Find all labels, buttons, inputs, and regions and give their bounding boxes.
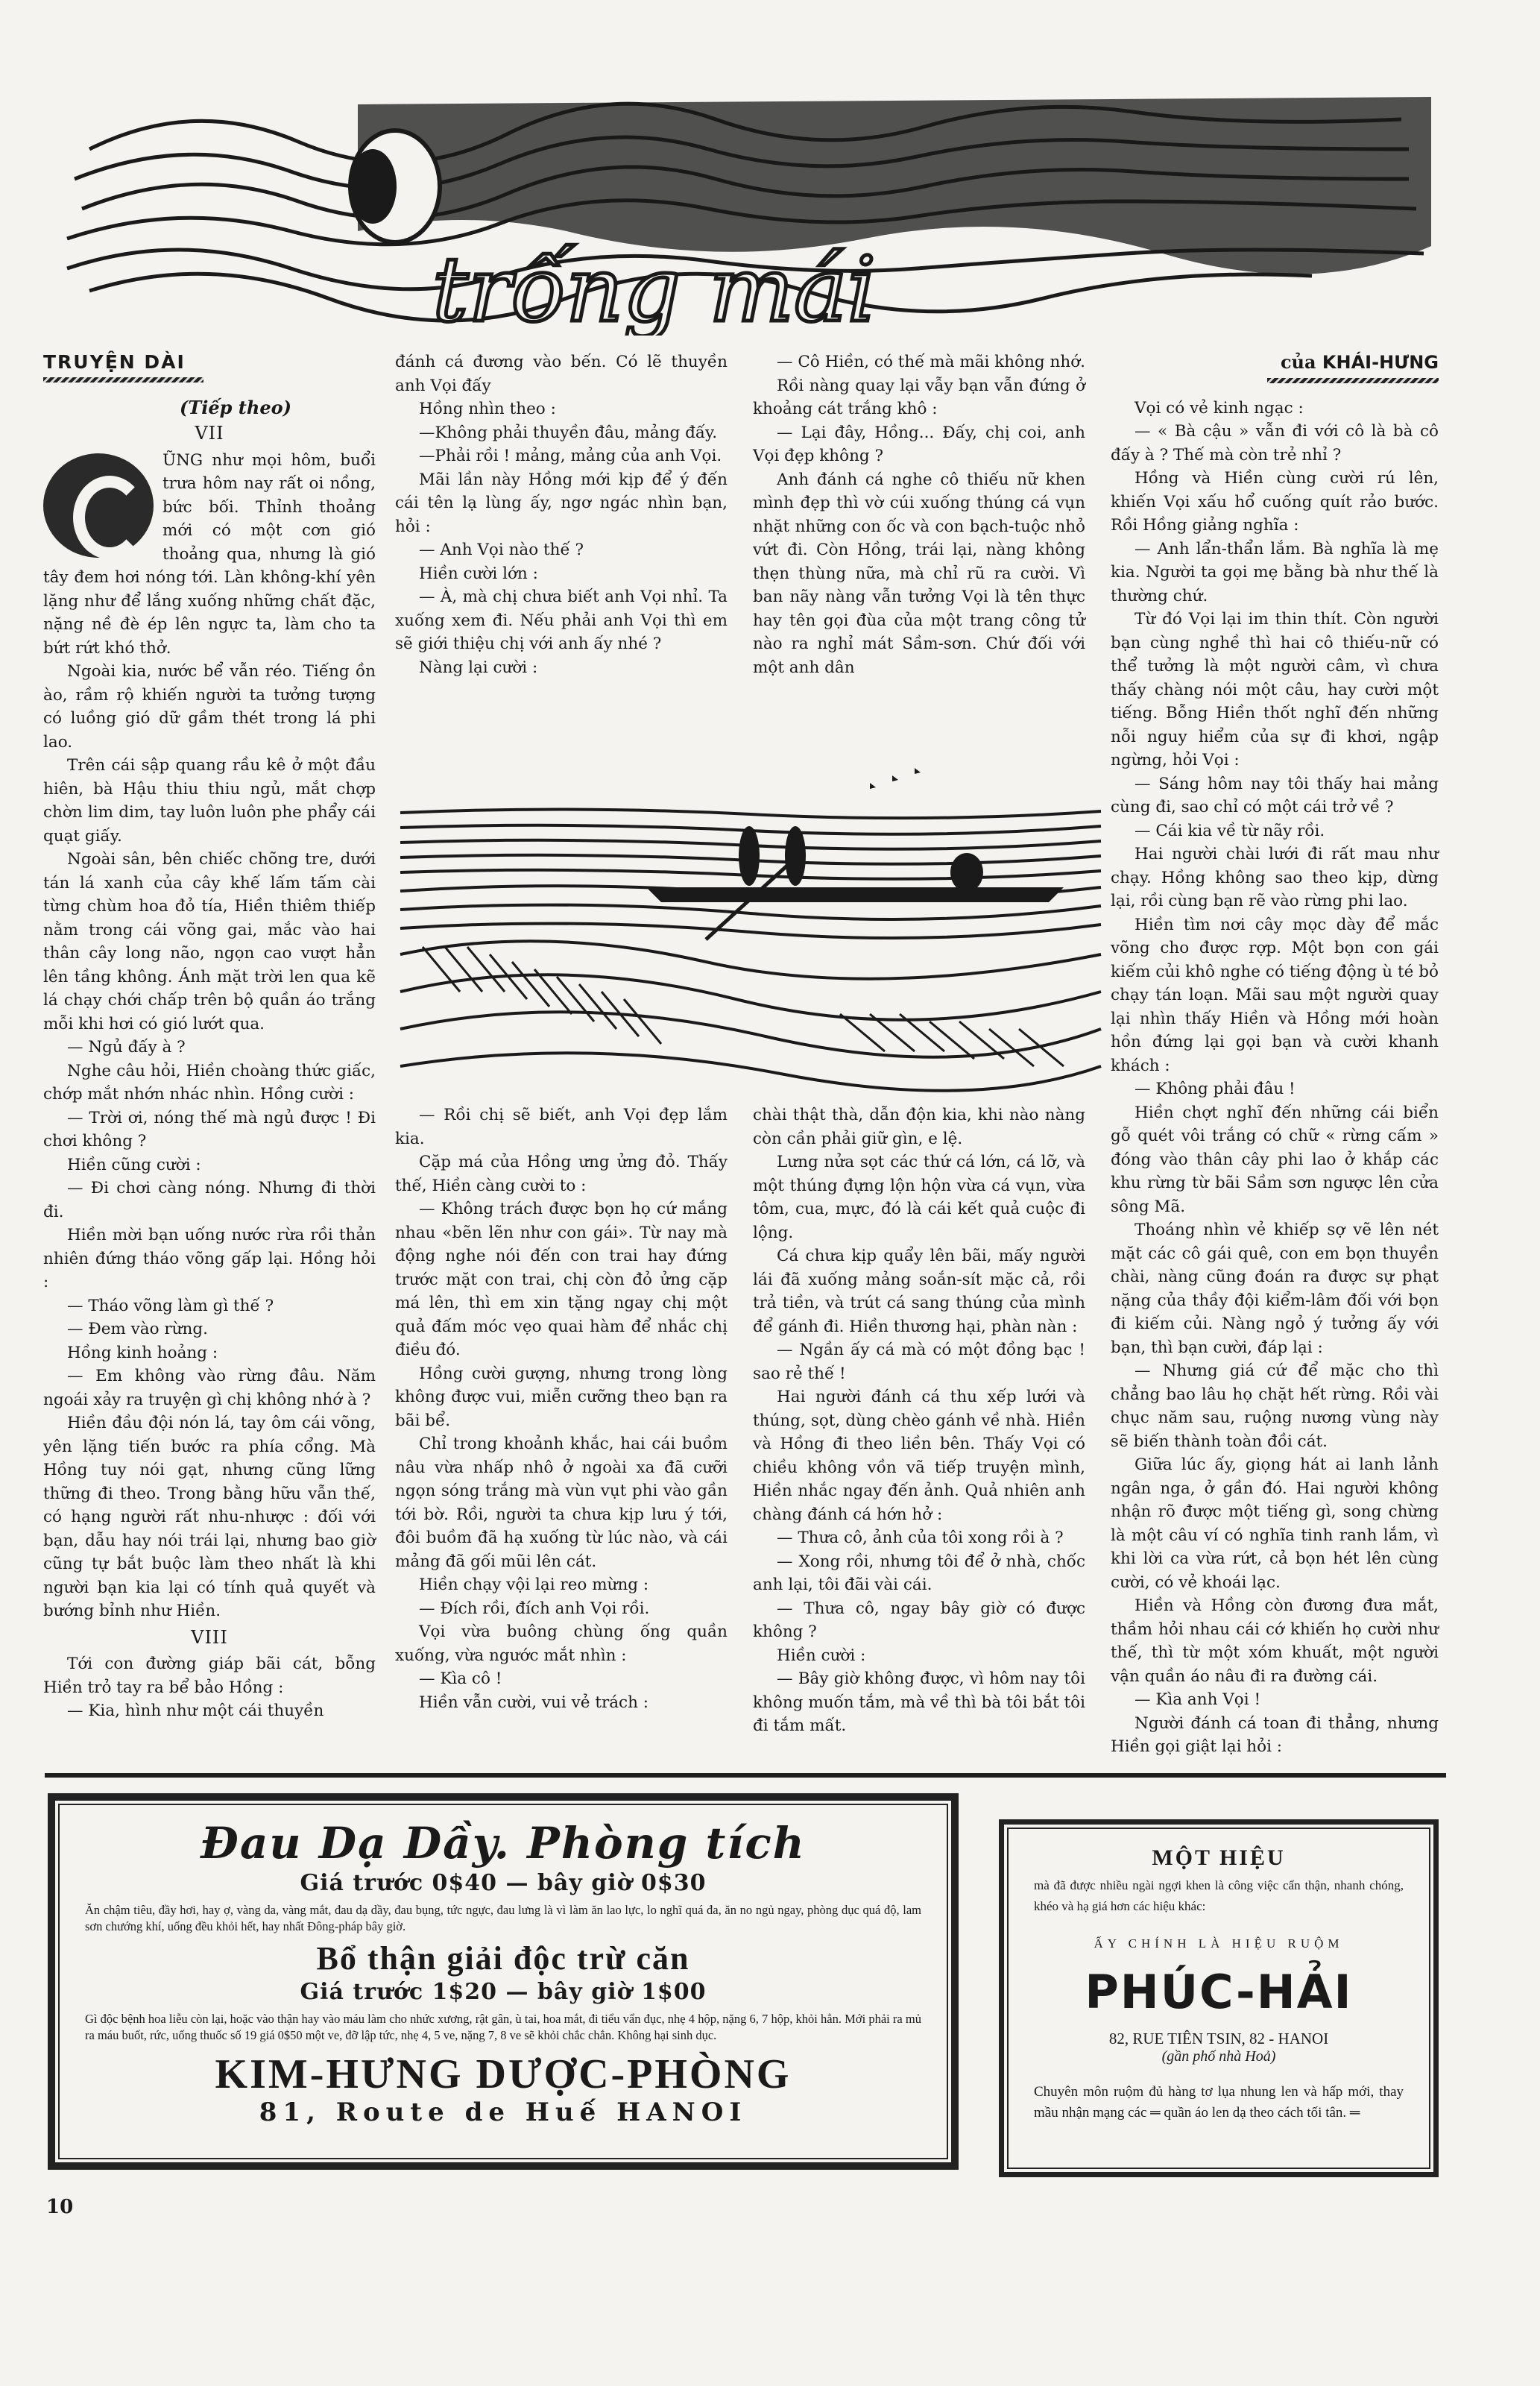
paragraph: Hồng và Hiền cùng cười rú lên, khiến Vọi… xyxy=(1111,467,1439,538)
paragraph: — Kia, hình như một cái thuyền xyxy=(43,1699,376,1723)
ad-brand: KIM-HƯNG DƯỢC-PHÒNG xyxy=(85,2051,921,2097)
paragraph: Tới con đường giáp bãi cát, bỗng Hiền tr… xyxy=(43,1652,376,1699)
paragraph: Vọi vừa buông chùng ống quần xuống, vừa … xyxy=(395,1620,728,1667)
paragraph: — Thưa cô, ảnh của tôi xong rồi à ? xyxy=(753,1526,1085,1550)
paragraph: — Ngần ấy cá mà có một đồng bạc ! sao rẻ… xyxy=(753,1338,1085,1385)
paragraph: — « Bà cậu » vẫn đi với cô là bà cô đấy … xyxy=(1111,420,1439,467)
paragraph: Thoáng nhìn vẻ khiếp sợ vẽ lên nét mặt c… xyxy=(1111,1218,1439,1359)
paragraph: —Không phải thuyền đâu, mảng đấy. xyxy=(395,421,728,445)
paragraph: Hiền chạy vội lại reo mừng : xyxy=(395,1573,728,1597)
dropcap-c-icon xyxy=(43,453,154,558)
ad-brand: PHÚC-HẢI xyxy=(1034,1965,1404,2019)
paragraph: — À, mà chị chưa biết anh Vọi nhỉ. Ta xu… xyxy=(395,585,728,656)
paragraph: Hồng kinh hoảng : xyxy=(43,1341,376,1365)
paragraph: Hồng cười gượng, nhưng trong lòng không … xyxy=(395,1362,728,1433)
paragraph: Giữa lúc ấy, giọng hát ai lanh lảnh ngân… xyxy=(1111,1453,1439,1594)
paragraph: — Đích rồi, đích anh Vọi rồi. xyxy=(395,1597,728,1621)
article-column-1: TRUYỆN DÀI (Tiếp theo) VII ŨNG như mọi h… xyxy=(43,350,376,1723)
ad-address: 82, RUE TIÊN TSIN, 82 - HANOI xyxy=(1034,2030,1404,2048)
paragraph: Mãi lần này Hồng mới kịp để ý đến cái tê… xyxy=(395,468,728,539)
paragraph: — Kìa cô ! xyxy=(395,1667,728,1691)
paragraph: — Thưa cô, ngay bây giờ có được không ? xyxy=(753,1597,1085,1644)
paragraph: — Ngủ đấy à ? xyxy=(43,1036,376,1060)
paragraph: Hiền vẫn cười, vui vẻ trách : xyxy=(395,1691,728,1715)
paragraph: đánh cá đương vào bến. Có lẽ thuyền anh … xyxy=(395,350,728,397)
article-column-2-continued: — Rồi chị sẽ biết, anh Vọi đẹp lắm kia. … xyxy=(395,1104,728,1714)
paragraph: —Phải rồi ! mảng, mảng của anh Vọi. xyxy=(395,444,728,468)
paragraph: Hiền cũng cười : xyxy=(43,1153,376,1177)
author-name: KHÁI-HƯNG xyxy=(1322,352,1439,373)
paragraph: Cá chưa kịp quẩy lên bãi, mấy người lái … xyxy=(753,1244,1085,1338)
paragraph: Chỉ trong khoảnh khắc, hai cái buồm nâu … xyxy=(395,1432,728,1573)
paragraph: Hiền cười : xyxy=(753,1644,1085,1668)
paragraph: Hai người đánh cá thu xếp lưới và thúng,… xyxy=(753,1385,1085,1526)
wave-woodcut-icon: trống mái xyxy=(45,52,1446,336)
ad-body: Chuyên môn ruộm đủ hàng tơ lụa nhung len… xyxy=(1034,2082,1404,2124)
paragraph: Ngoài kia, nước bể vẫn réo. Tiếng ồn ào,… xyxy=(43,660,376,754)
paragraph: Trên cái sập quang rầu kê ở một đầu hiên… xyxy=(43,754,376,848)
ad-address: 81, Route de Huế HANOI xyxy=(85,2097,921,2127)
ad-title: Đau Dạ Dầy. Phòng tích xyxy=(85,1817,921,1869)
paragraph: Hiền và Hồng còn đương đưa mắt, thầm hỏi… xyxy=(1111,1594,1439,1688)
svg-text:trống mái: trống mái xyxy=(432,239,876,336)
paragraph: — Sáng hôm nay tôi thấy hai mảng cùng đi… xyxy=(1111,772,1439,819)
rope-divider xyxy=(1267,378,1439,383)
rope-divider xyxy=(43,377,203,383)
paragraph: Hiền mời bạn uống nước rừa rồi thản nhiê… xyxy=(43,1224,376,1294)
horizontal-rule xyxy=(45,1773,1446,1778)
paragraph: — Trời ơi, nóng thế mà ngủ được ! Đi chơ… xyxy=(43,1107,376,1153)
ad-price: Giá trước 0$40 — bây giờ 0$30 xyxy=(85,1869,921,1898)
paragraph: — Em không vào rừng đâu. Năm ngoái xảy r… xyxy=(43,1364,376,1411)
paragraph: — Đi chơi càng nóng. Nhưng đi thời đi. xyxy=(43,1177,376,1224)
paragraph: Lưng nửa sọt các thứ cá lớn, cá lỡ, và m… xyxy=(753,1150,1085,1244)
ad-caps-line: ẤY CHÍNH LÀ HIỆU RUỘM xyxy=(1034,1936,1404,1951)
paragraph: Hiền cười lớn : xyxy=(395,562,728,586)
paragraph: chài thật thà, dẫn độn kia, khi nào nàng… xyxy=(753,1104,1085,1150)
paragraph: Nàng lại cười : xyxy=(395,656,728,680)
paragraph: Hồng nhìn theo : xyxy=(395,397,728,421)
paragraph: — Bây giờ không được, vì hôm nay tôi khô… xyxy=(753,1667,1085,1738)
continued-label: (Tiếp theo) xyxy=(43,396,376,420)
paragraph: — Nhưng giá cứ để mặc cho thì chẳng bao … xyxy=(1111,1359,1439,1453)
title-banner: trống mái xyxy=(45,52,1446,336)
paragraph: Từ đó Vọi lại im thin thít. Còn người bạ… xyxy=(1111,608,1439,772)
paragraph: Hiền chợt nghĩ đến những cái biển gỗ qué… xyxy=(1111,1101,1439,1219)
article-column-4: của KHÁI-HƯNG Vọi có vẻ kinh ngạc : — « … xyxy=(1111,350,1439,1759)
ad-location-note: (gần phố nhà Hoả) xyxy=(1034,2048,1404,2065)
ad-description: Gì độc bệnh hoa liễu còn lại, hoặc vào t… xyxy=(85,2011,921,2044)
author-byline: của KHÁI-HƯNG xyxy=(1111,350,1439,375)
paragraph: — Anh lẩn-thẩn lắm. Bà nghĩa là mẹ kia. … xyxy=(1111,538,1439,608)
boat-waves-icon xyxy=(393,768,1108,1096)
ad-intro: mà đã được nhiều ngài ngợi khen là công … xyxy=(1034,1875,1404,1917)
paragraph: Rồi nàng quay lại vẫy bạn vẫn đứng ở kho… xyxy=(753,374,1085,421)
ad-heading: MỘT HIỆU xyxy=(1034,1845,1404,1871)
dye-shop-advertisement: MỘT HIỆU mà đã được nhiều ngài ngợi khen… xyxy=(999,1819,1439,2177)
paragraph: — Tháo võng làm gì thế ? xyxy=(43,1294,376,1318)
article-column-3-continued: chài thật thà, dẫn độn kia, khi nào nàng… xyxy=(753,1104,1085,1738)
chapter-heading: VIII xyxy=(43,1626,376,1650)
paragraph: Anh đánh cá nghe cô thiếu nữ khen mình đ… xyxy=(753,468,1085,680)
pharmacy-advertisement: Đau Dạ Dầy. Phòng tích Giá trước 0$40 — … xyxy=(48,1793,959,2170)
paragraph: Vọi có vẻ kinh ngạc : xyxy=(1111,397,1439,421)
paragraph: Hiền đầu đội nón lá, tay ôm cái võng, yê… xyxy=(43,1411,376,1623)
paragraph: Hiền tìm nơi cây mọc dày để mắc võng cho… xyxy=(1111,913,1439,1078)
paragraph: Nghe câu hỏi, Hiền choàng thức giấc, chớ… xyxy=(43,1060,376,1107)
paragraph: Người đánh cá toan đi thẳng, nhưng Hiền … xyxy=(1111,1712,1439,1759)
paragraph: — Cái kia về từ nãy rồi. xyxy=(1111,819,1439,843)
author-prefix: của xyxy=(1281,351,1316,373)
paragraph: — Xong rồi, nhưng tôi để ở nhà, chốc anh… xyxy=(753,1550,1085,1597)
paragraph: — Không trách được bọn họ cứ mắng nhau «… xyxy=(395,1197,728,1362)
ad-subtitle: Bổ thận giải độc trừ căn xyxy=(85,1939,921,1978)
page-number: 10 xyxy=(46,2196,73,2218)
dropcap-paragraph: ŨNG như mọi hôm, buổi trưa hôm nay rất o… xyxy=(43,449,376,661)
chapter-heading: VII xyxy=(43,422,376,446)
paragraph: Cặp má của Hồng ưng ửng đỏ. Thấy thế, Hi… xyxy=(395,1150,728,1197)
article-column-3: — Cô Hiền, có thế mà mãi không nhớ. Rồi … xyxy=(753,350,1085,679)
paragraph: — Anh Vọi nào thế ? xyxy=(395,538,728,562)
paragraph: — Không phải đâu ! xyxy=(1111,1077,1439,1101)
article-column-2: đánh cá đương vào bến. Có lẽ thuyền anh … xyxy=(395,350,728,679)
section-label: TRUYỆN DÀI xyxy=(43,350,376,374)
paragraph: — Kìa anh Vọi ! xyxy=(1111,1688,1439,1712)
paragraph: — Rồi chị sẽ biết, anh Vọi đẹp lắm kia. xyxy=(395,1104,728,1150)
ad-description: Ăn chậm tiêu, đầy hơi, hay ợ, vàng da, v… xyxy=(85,1902,921,1935)
paragraph: — Cô Hiền, có thế mà mãi không nhớ. xyxy=(753,350,1085,374)
ad-price: Giá trước 1$20 — bây giờ 1$00 xyxy=(85,1978,921,2006)
fishing-boat-illustration xyxy=(393,768,1108,1096)
paragraph: — Lại đây, Hồng... Đấy, chị coi, anh Vọi… xyxy=(753,421,1085,468)
paragraph: Hai người chài lưới đi rất mau như chạy.… xyxy=(1111,843,1439,913)
paragraph: — Đem vào rừng. xyxy=(43,1318,376,1341)
paragraph: Ngoài sân, bên chiếc chõng tre, dưới tán… xyxy=(43,848,376,1036)
